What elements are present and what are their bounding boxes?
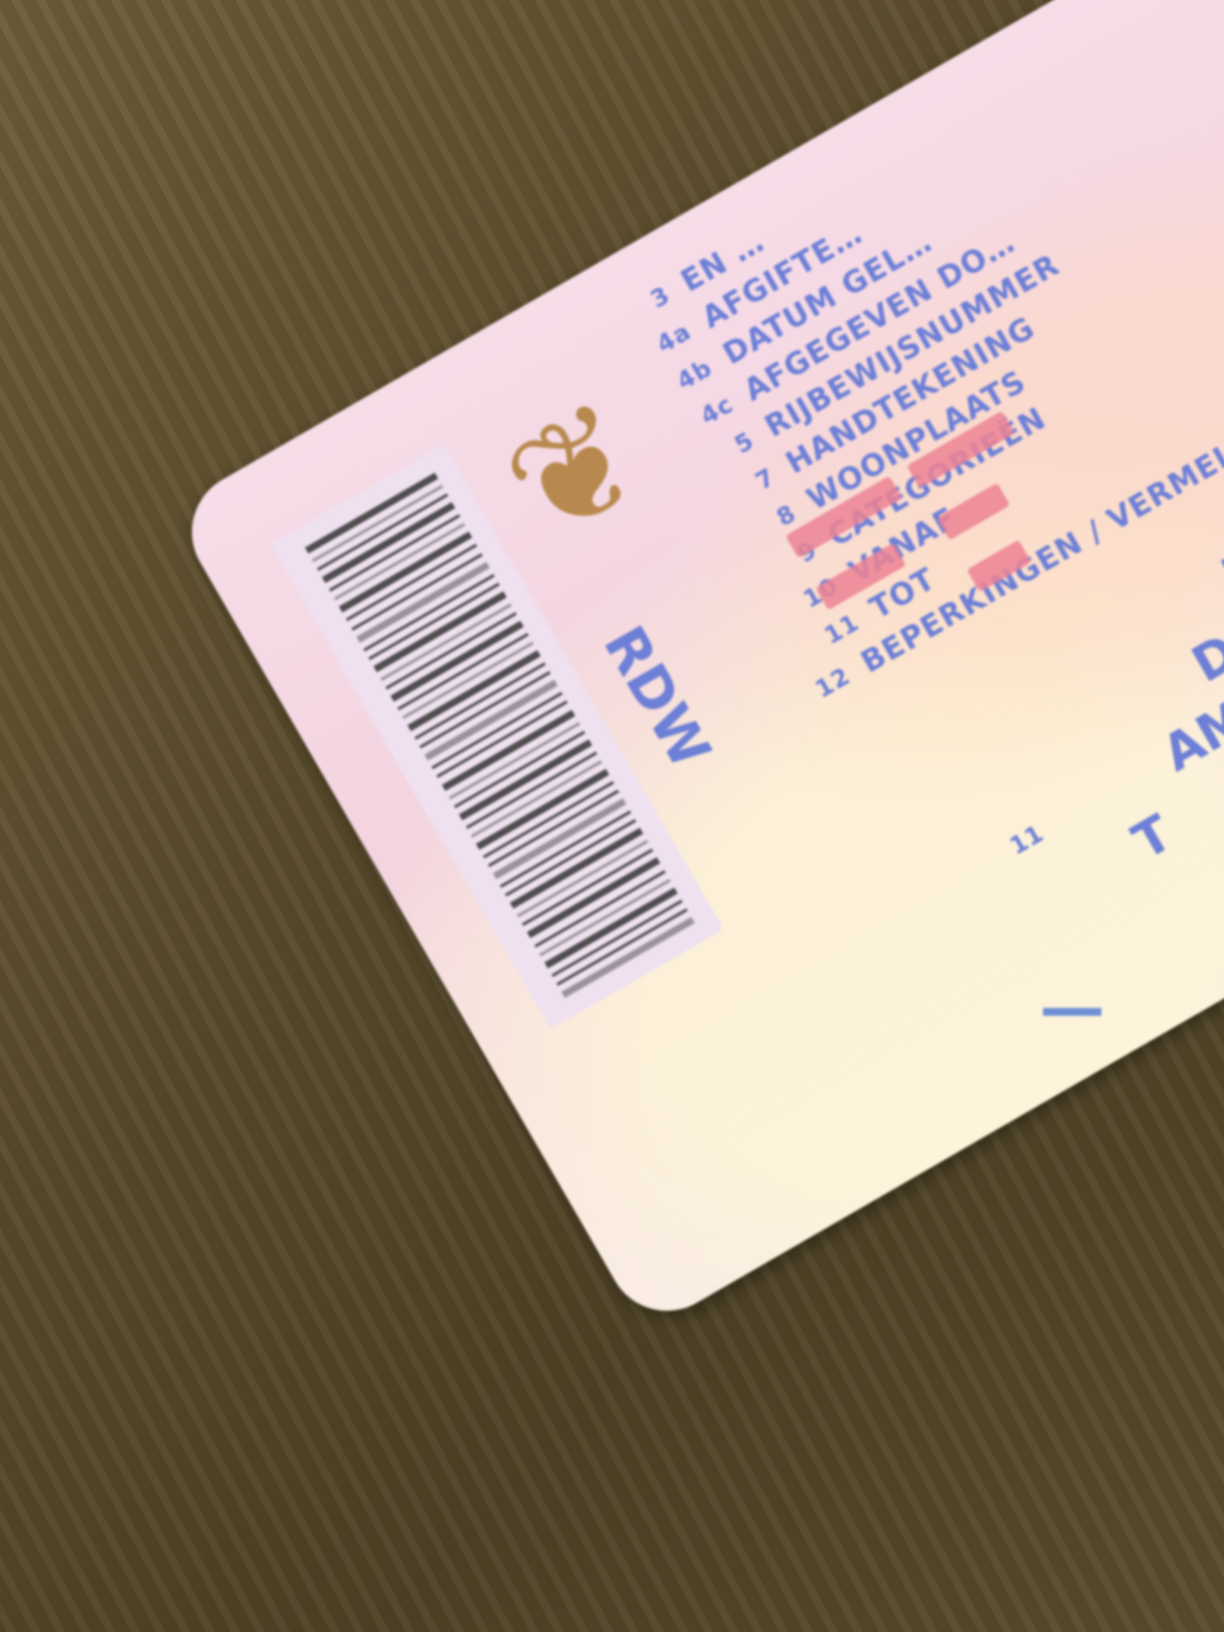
category-code: D1E [1212,500,1224,605]
optically-variable-glyph: I [1027,1000,1120,1024]
category-code: AM [1153,688,1224,782]
category-code: T [1123,804,1182,871]
column-marker: 11 [1005,820,1048,861]
driving-licence-card: ❦ 3EN …4aAFGIFTE…4bDATUM GEL…4cAFGEGEVEN… [170,0,1224,1333]
photo-scene: ❦ 3EN …4aAFGIFTE…4bDATUM GEL…4cAFGEGEVEN… [0,0,1224,1632]
category-code: DE [1182,606,1224,694]
